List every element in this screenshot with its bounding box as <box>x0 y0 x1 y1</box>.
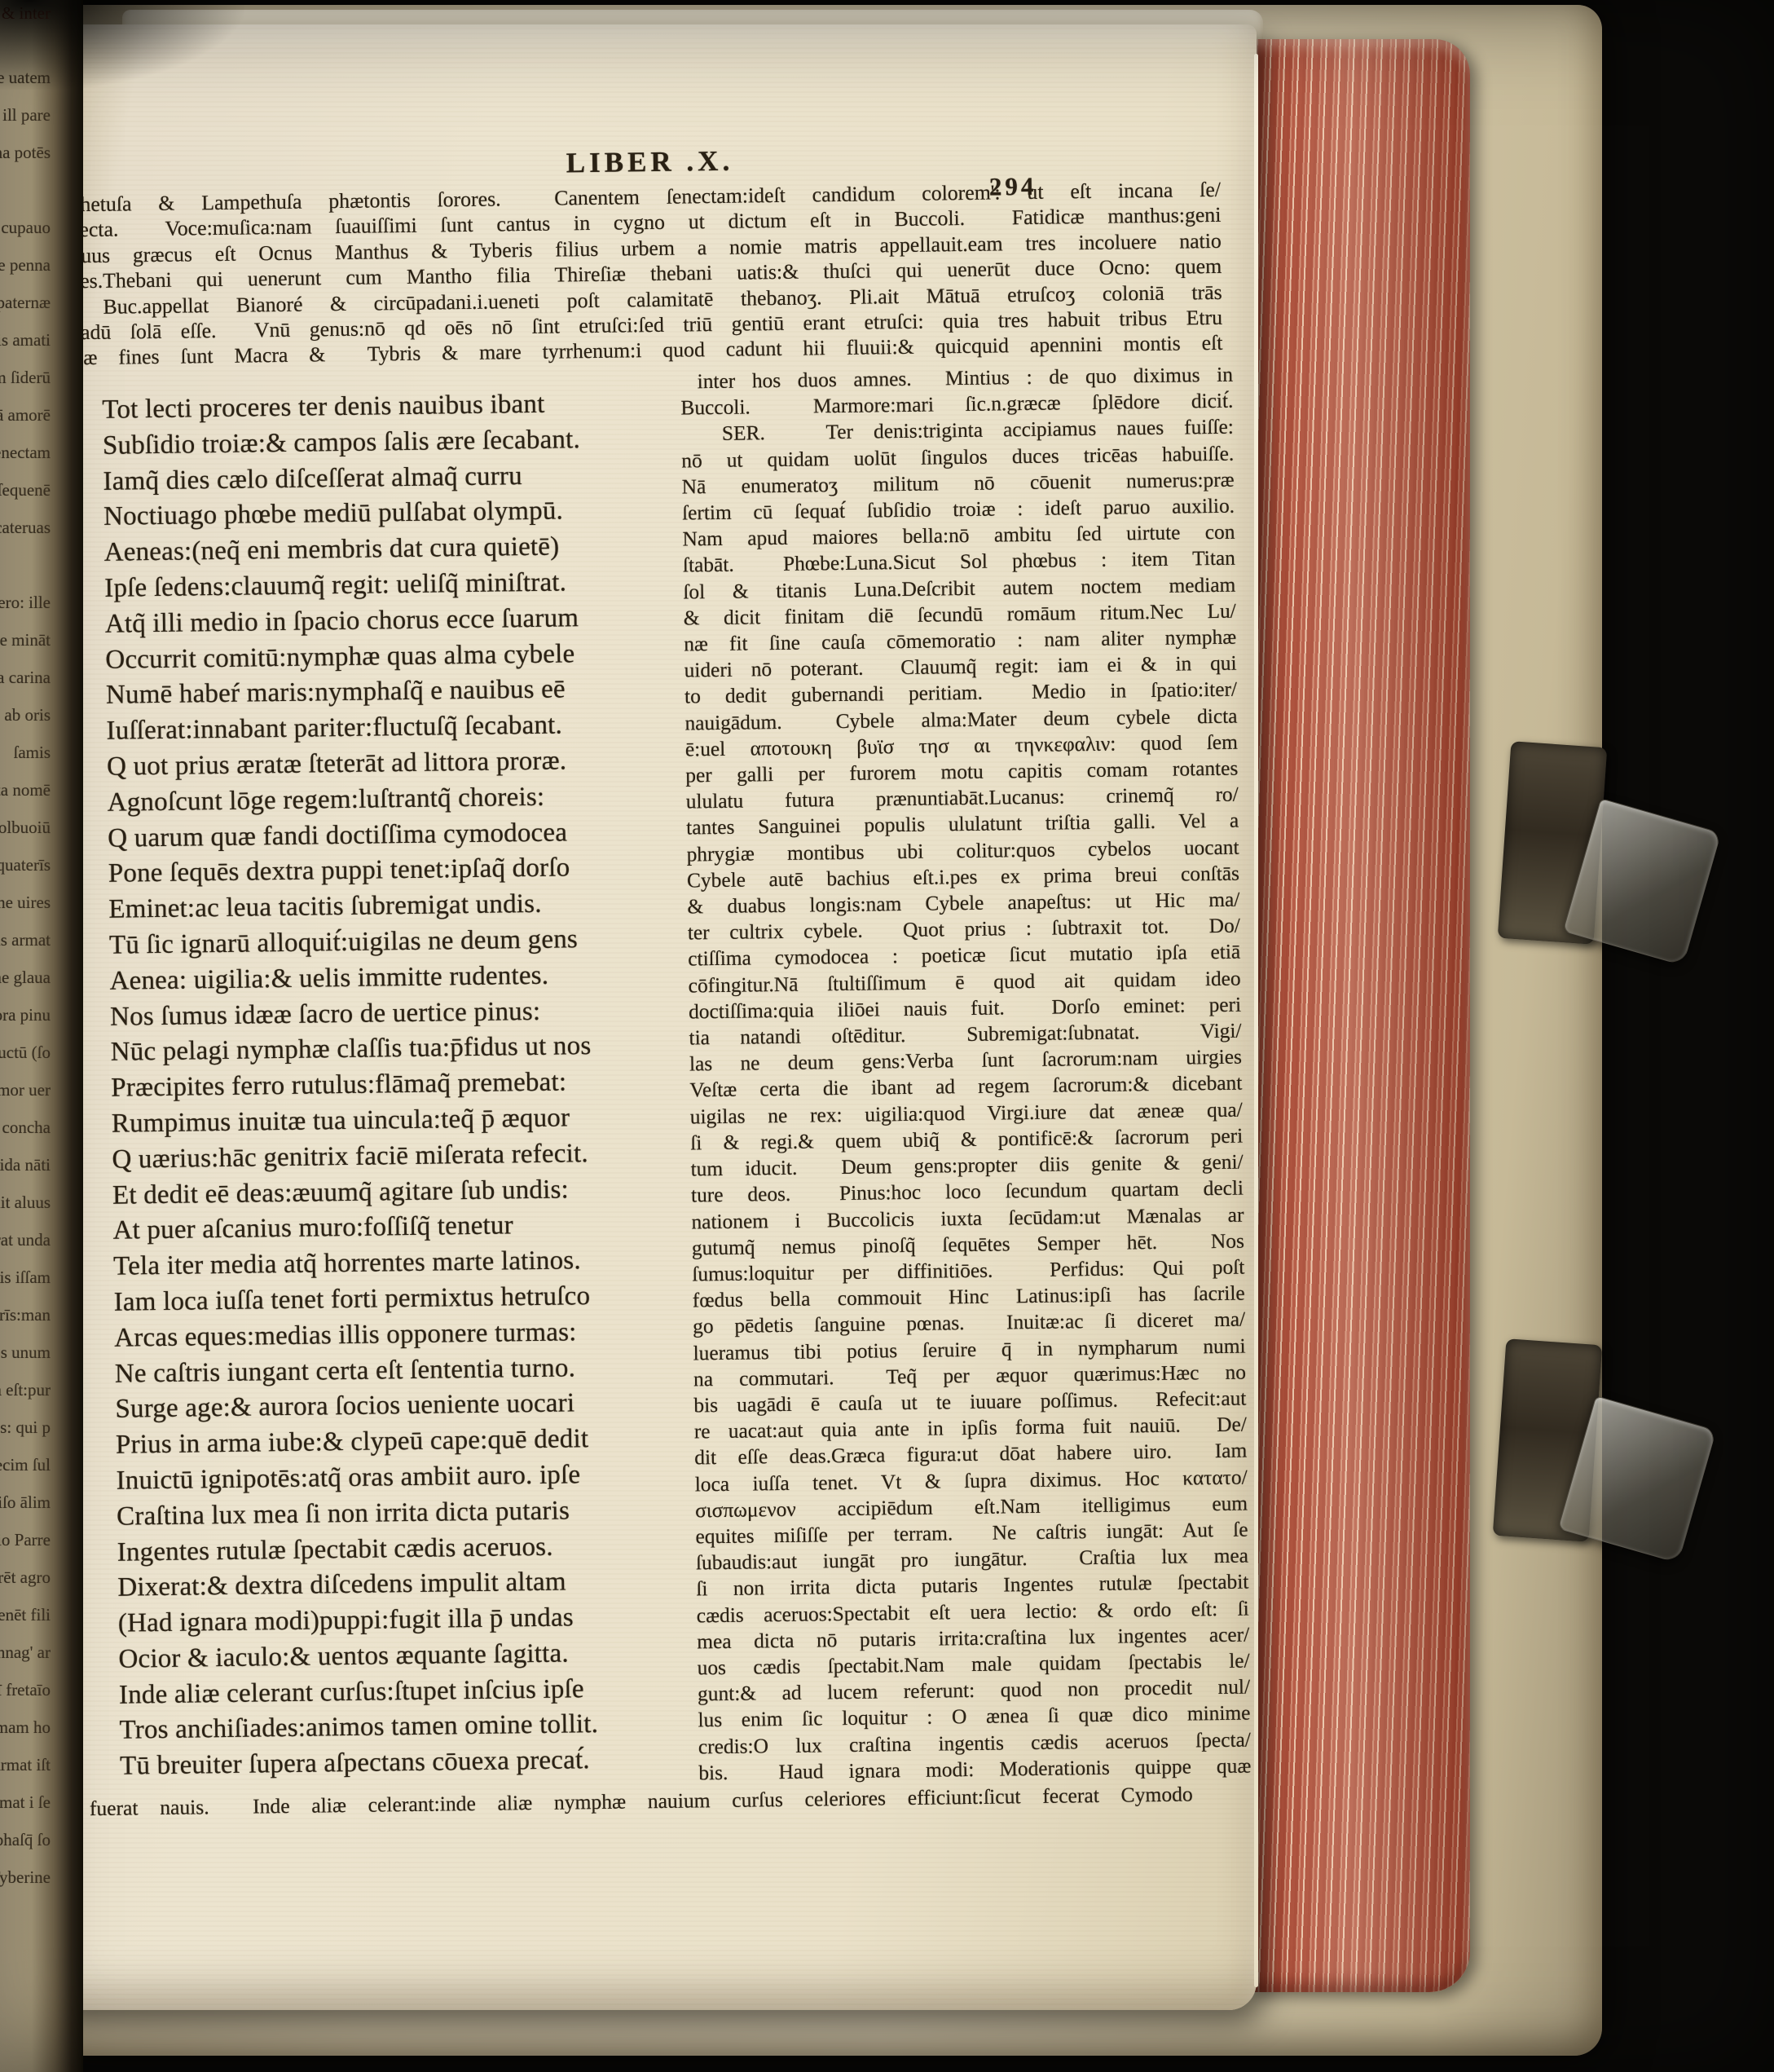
facing-page-text-fragment: ligne paternæ <box>0 284 51 321</box>
book-clasp-bottom <box>1499 1335 1719 1580</box>
facing-page-text-fragment: ni mūta nomē <box>0 771 51 809</box>
facing-page-text-fragment <box>0 546 51 584</box>
running-title: LIBER .X. <box>544 144 756 179</box>
photographed-book-scene: LIBER .X. 294 Phetuſa & Lampethuſa phæto… <box>0 0 1774 2072</box>
facing-page-text-fragment: ſolā amorē <box>0 396 51 434</box>
facing-page-text-fragment: bem ſenēt fili' <box>0 1596 51 1633</box>
printed-page-content: LIBER .X. 294 Phetuſa & Lampethuſa phæto… <box>29 10 1259 2011</box>
facing-page-text-fragment: ſamis <box>0 734 51 771</box>
verse-line: Tū breuiter ſupera aſpectans cōuexa prec… <box>120 1742 699 1785</box>
facing-page-text-fragment <box>0 171 51 209</box>
top-left-shadow <box>0 0 244 90</box>
facing-page-text-fragment: mus ab oris <box>0 696 51 734</box>
facing-page-text-fragment: de ſenectam <box>0 434 51 471</box>
facing-page-text-fragment: ram. Armat iſt <box>0 1746 51 1783</box>
red-stained-fore-edge <box>1248 39 1470 1992</box>
facing-page-text-fragment: rum ſiderū <box>0 359 51 396</box>
commentary-column: inter hos duos amnes. Mintius : de quo d… <box>680 362 1252 1787</box>
facing-page-text-fragment: do primam ho <box>0 1708 51 1746</box>
facing-page-gutter: ia & inter m fuſſe uatemſyderalis ill pa… <box>0 0 83 2072</box>
facing-page-text-fragment: a duodecim ſul <box>0 1446 51 1483</box>
facing-page-text-fragment: guine uires. <box>0 884 51 921</box>
facing-page-text-fragment: athōtis amati <box>0 321 51 359</box>
facing-page-text-fragment: ni nymphaſq̄ ſo <box>0 1821 51 1858</box>
facing-page-text-fragment: ne quaterīs. <box>0 846 51 884</box>
facing-page-text-fragment: marmor uer <box>0 1071 51 1109</box>
facing-page-text-fragment: ūdine glaua <box>0 959 51 996</box>
bottom-text-line: fuerat nauis. Inde aliæ celerant:inde al… <box>90 1782 1193 1821</box>
facing-page-text-fragment: numero: ille <box>0 584 51 621</box>
facing-page-text-fragment: umina potēs <box>0 134 51 171</box>
verse-column: Tot lecti proceres ter denis nauibus iba… <box>102 386 698 1785</box>
book-page: LIBER .X. 294 Phetuſa & Lampethuſa phæto… <box>52 24 1257 2010</box>
facing-page-fragments: m fuſſe uatemſyderalis ill pare'umina po… <box>0 59 51 1896</box>
facing-page-text-fragment: uenius armat: <box>0 921 51 959</box>
facing-page-text-fragment: mus olbuoiū. <box>0 809 51 846</box>
facing-page-text-fragment: r tribus: qui p <box>0 1409 51 1446</box>
facing-page-text-fragment: illa carina. <box>0 659 51 696</box>
book-clasp-top <box>1504 738 1724 982</box>
facing-page-text-fragment: nurat unda <box>0 1221 51 1259</box>
facing-page-text-fragment: a polita eſt:pur <box>0 1371 51 1409</box>
facing-page-text-fragment: norāt Tyberine <box>0 1858 51 1896</box>
facing-page-text-fragment: ptē. Thuiſo ālim <box>0 1483 51 1521</box>
facing-page-text-fragment: ſce penna. <box>0 246 51 284</box>
facing-page-text-fragment: ſpida nāti <box>0 1146 51 1184</box>
facing-page-text-fragment: loce ſequenē <box>0 471 51 509</box>
top-commentary-block: Phetuſa & Lampethuſa phætontis ſorores. … <box>68 177 1223 371</box>
facing-page-text-fragment: tate cupauo. <box>0 209 51 246</box>
facing-page-text-fragment: ani uatis iſſam <box>0 1259 51 1296</box>
facing-page-text-fragment: cateruas. <box>0 509 51 546</box>
facing-page-text-fragment: ompelio Parre <box>0 1521 51 1558</box>
facing-page-text-fragment: chebī fretaīo <box>0 1671 51 1708</box>
facing-page-text-fragment: mare mināt' <box>0 621 51 659</box>
facing-page-text-fragment: tula concha <box>0 1109 51 1146</box>
facing-page-text-fragment: Venerēt agro <box>0 1558 51 1596</box>
facing-page-text-fragment: linauerīs:man <box>0 1296 51 1334</box>
facing-page-text-fragment: Connag' ar/ <box>0 1633 51 1671</box>
facing-page-text-fragment: ſyderalis ill pare' <box>0 96 51 134</box>
facing-page-text-fragment: rū. Armat i ſe: <box>0 1783 51 1821</box>
facing-page-text-fragment: finit aluus. <box>0 1184 51 1221</box>
facing-page-text-fragment: minos unum <box>0 1334 51 1371</box>
facing-page-text-fragment: rora pinu. <box>0 996 51 1034</box>
facing-page-text-fragment: e fluctū (ſo <box>0 1034 51 1071</box>
